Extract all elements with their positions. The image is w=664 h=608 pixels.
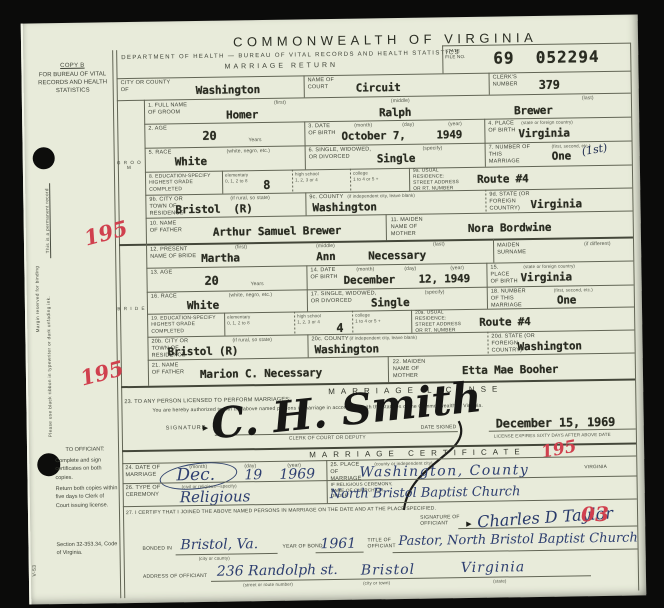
grade-mark-certificate: 195 [540,437,579,463]
officiant-address-state: Virginia [461,559,526,576]
college-hint-2: 1 to 4 or 5 + [355,318,381,324]
form-code: V-53 [32,557,38,583]
bride-age-label: 13. AGE [150,269,172,276]
month-hint: (month) [354,122,372,128]
bride-race-label: 16. RACE [151,293,177,300]
bride-dob-value: December [343,273,395,287]
college-hint-1: college [355,312,370,318]
years-hint: Years [251,281,264,287]
independent-city-hint: (if independent city, leave blank) [349,335,417,341]
college-hint-1: college [353,170,368,176]
line [327,480,328,503]
middle-hint: (middle) [316,243,335,249]
license-signature-label: SIGNATURE [166,425,207,432]
line [388,356,389,382]
groom-county-value: Washington [312,200,376,214]
bond-year-label: YEAR OF BOND [282,543,322,550]
license-expires-note: LICENSE EXPIRES SIXTY DAYS AFTER ABOVE D… [494,432,611,439]
church-name-value: North Bristol Baptist Church [330,484,521,502]
groom-pob-value: Virginia [518,126,570,140]
line [145,165,632,173]
groom-race-label: 5. RACE [149,149,172,156]
statefile-number: 69 052294 [493,47,600,68]
groom-father-label: 10. NAME OF FATHER [150,220,186,234]
pob-hint: (state or foreign country) [523,263,575,269]
line [224,313,225,336]
groom-residence-value: Route #4 [477,172,529,186]
bride-maiden-surname-label: MAIDEN SURNAME [497,242,533,256]
bride-residence-value: Route #4 [479,315,531,329]
if-different-hint: (if different) [584,241,611,247]
bride-first-name: Martha [201,251,240,265]
officiant-address-label: ADDRESS OF OFFICIANT [143,573,207,580]
groom-pob-label: 4. PLACE OF BIRTH [488,120,516,134]
bride-pob-value: Virginia [520,270,572,284]
groom-first-name: Homer [226,108,258,121]
elementary-hint-2: 0, 1, 2 to 8 [225,178,248,184]
line [294,312,295,335]
line [304,75,305,97]
officiant-signature-arrow-icon: ▶ [466,520,472,528]
bride-county-value: Washington [314,342,378,356]
code-mark: 03 [581,502,609,526]
groom-race-value: White [175,155,207,168]
years-hint: Years [248,137,261,143]
ceremony-type-label: 26. TYPE OF CEREMONY [126,485,166,499]
groom-state-value: Virginia [530,197,582,211]
elementary-hint-2: 0, 1, 2 to 8 [227,320,250,326]
highschool-hint-1: high school [295,171,319,177]
bride-dob-year: 12, 1949 [418,272,470,286]
bonded-in-value: Bristol, Va. [180,536,258,553]
year-hint: (year) [450,265,464,271]
groom-dob-year: 1949 [436,128,462,141]
copy-title: COPY B [35,62,109,69]
bride-marriage-number-value: One [557,293,576,306]
form-border-right [630,43,639,591]
groom-status-value: Single [377,152,416,166]
marriage-return-document: COPY B FOR BUREAU OF VITAL RECORDS AND H… [21,14,647,604]
margin-binding-note: Margin reserved for binding [34,251,40,346]
bride-dob-label: 14. DATE OF BIRTH [310,267,340,281]
college-hint-2: 1 to 4 or 5 + [353,176,379,182]
to-officiant-note-2: Return both copies within five days to C… [56,484,118,510]
bride-father-label: 21. NAME OF FATHER [152,362,188,376]
line [386,214,387,240]
bride-education-label: 19. EDUCATION-SPECIFY HIGHEST GRADE COMP… [151,315,217,335]
groom-residence-label: 9a. USUAL RESIDENCE: STREET ADDRESS OR R… [413,168,465,193]
groom-section-label: G R O O M [114,160,145,170]
county-of-value: Washington [196,83,260,97]
clerk-number-value: 379 [539,78,560,92]
copy-block: COPY B FOR BUREAU OF VITAL RECORDS AND H… [35,62,109,95]
to-officiant-note-1: Complete and sign certificates on both c… [55,456,117,482]
groom-status-label: 6. SINGLE, WIDOWED, OR DIVORCED [309,146,379,161]
bond-year-value: 1961 [320,536,356,553]
department-line: DEPARTMENT OF HEALTH — BUREAU OF VITAL R… [121,50,441,61]
groom-dob-value: October 7, [341,129,405,143]
copy-subtitle: FOR BUREAU OF VITAL RECORDS AND HEALTH S… [35,70,109,95]
first-hint: (first) [274,100,286,106]
bonded-in-label: BONDED IN [142,545,172,552]
street-hint: (street or route number) [243,582,293,588]
line [352,311,353,334]
city-hint: (city or town) [363,580,390,586]
independent-city-hint: (if independent city, leave blank) [347,193,415,199]
bride-status-value: Single [371,296,410,310]
rural-hint: (if rural, so state) [230,195,270,202]
bond-year-line [316,552,364,554]
statefile-label: STATE FILE NO. [445,48,467,60]
bride-marriage-number-label: 18. NUMBER OF THIS MARRIAGE [491,288,533,309]
bride-city-value: Bristol (R) [168,344,239,358]
groom-mother-label: 11. MAIDEN NAME OF MOTHER [391,216,437,237]
year-hint: (year) [448,121,462,127]
line [493,239,494,263]
line [409,168,410,191]
bride-pob-label: 15. PLACE OF BIRTH [490,264,518,285]
page-title: COMMONWEALTH OF VIRGINIA [233,30,537,50]
officiant-address-street: 236 Randolph st. [217,562,338,580]
bride-race-value: White [187,299,219,312]
line [326,460,327,480]
month-hint: (month) [356,266,374,272]
rural-hint: (if rural, so state) [232,337,272,344]
form-border-inner [116,50,125,598]
highschool-hint-2: 1, 2, 3 or 4 [297,319,320,325]
groom-last-name: Brewer [514,104,553,118]
line [307,334,308,357]
groom-marriage-number-value: One [552,149,571,162]
court-name-label: NAME OF COURT [308,77,348,91]
officiant-title-label: TITLE OF OFFICIANT [367,537,399,550]
highschool-hint-1: high school [297,313,321,319]
race-hint: (white, negro, etc.) [229,292,272,299]
groom-dob-label: 3. DATE OF BIRTH [308,123,338,137]
groom-middle-name: Ralph [379,106,411,119]
groom-education-grade: 8 [263,178,270,192]
line [305,192,306,215]
margin-ribbon-note: Please use black ribbon in typewriter or… [45,261,53,471]
punch-hole-top [33,147,55,169]
pob-hint: (state or foreign country) [521,119,573,125]
groom-age-value: 20 [202,129,216,143]
day-hint: (day) [404,266,416,272]
officiant-title-value: Pastor, North Bristol Baptist Church [398,531,638,550]
last-hint: (last) [582,95,594,101]
bride-state-value: Washington [517,339,581,353]
groom-age-label: 2. AGE [148,125,167,132]
bonded-hint: (city or county) [199,556,230,562]
bride-last-name: Necessary [368,249,426,263]
signature-arrow-icon: ▶ [203,424,209,432]
groom-mother-value: Nora Bordwine [468,221,552,235]
bride-middle-name: Ann [316,250,335,263]
line [489,73,490,95]
line [292,170,293,193]
groom-father-value: Arthur Samuel Brewer [213,224,342,239]
bride-section-label: B R I D E [116,306,147,311]
line [485,190,486,213]
specify-hint: (specify) [425,289,445,295]
groom-city-value: Bristol (R) [175,202,252,216]
number-hint: (first, second, etc.) [554,287,593,293]
line [487,332,488,355]
officiant-address-city: Bristol [361,562,415,579]
first-hint: (first) [235,244,247,250]
officiant-signature-label: SIGNATURE OF OFFICIANT [420,514,464,527]
bride-residence-label: 20a. USUAL RESIDENCE: STREET ADDRESS OR … [415,310,467,335]
day-hint: (day) [402,122,414,128]
bride-name-label: 12. PRESENT NAME OF BRIDE [150,246,200,260]
specify-hint: (specify) [423,145,443,151]
groom-education-label: 8. EDUCATION-SPECIFY HIGHEST GRADE COMPL… [149,173,215,193]
officiant-title-line [393,549,638,554]
groom-name-label: 1. FULL NAME OF GROOM [148,102,196,116]
line [119,237,633,246]
bride-father-value: Marion C. Necessary [200,366,322,381]
place-state-label: VIRGINIA [584,465,607,471]
form-subtitle: MARRIAGE RETURN [181,61,381,71]
middle-hint: (middle) [391,98,410,104]
highschool-hint-2: 1, 2, 3 or 4 [295,177,318,183]
court-name-value: Circuit [356,81,401,95]
clerk-number-label: CLERK'S NUMBER [493,74,527,88]
elementary-hint-1: elementary [225,172,248,178]
line [350,169,351,192]
bride-education-grade: 4 [336,321,343,335]
bride-age-value: 20 [204,274,218,288]
last-hint: (last) [433,241,445,247]
margin-permanent-note: This is a permanent record [44,183,51,258]
line [222,171,223,194]
groom-marriage-number-label: 7. NUMBER OF THIS MARRIAGE [489,144,531,165]
first-marriage-annotation: (1st) [581,141,609,158]
county-of-label: CITY OR COUNTY OF [121,79,171,93]
elementary-hint-1: elementary [227,314,250,320]
state-hint: (state) [493,578,507,584]
line [411,310,412,333]
grade-mark-bride: 195 [77,355,126,390]
to-officiant-title: TO OFFICIANT: [53,446,117,453]
code-reference: Section 32-353.34, Code of Virginia. [56,540,118,557]
race-hint: (white, negro, etc.) [227,148,270,155]
